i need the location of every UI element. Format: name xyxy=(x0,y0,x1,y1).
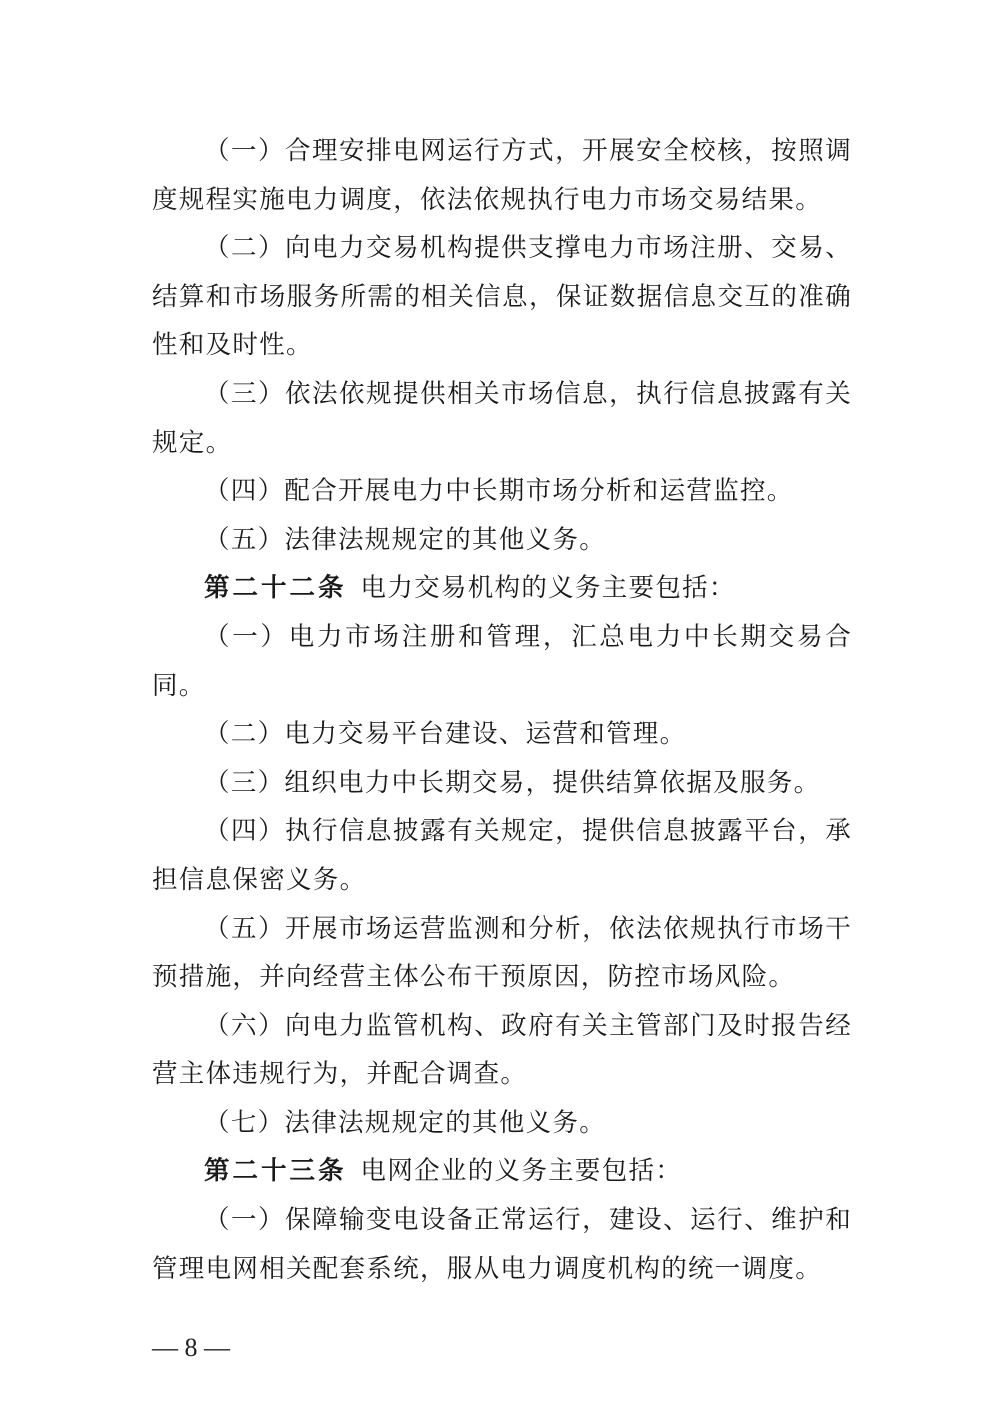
article-22: 第二十二条电力交易机构的义务主要包括： xyxy=(152,564,852,613)
article-23: 第二十三条电网企业的义务主要包括： xyxy=(152,1147,852,1196)
paragraph-item: （三）依法依规提供相关市场信息，执行信息披露有关规定。 xyxy=(152,370,852,467)
paragraph-item: （一）电力市场注册和管理，汇总电力中长期交易合同。 xyxy=(152,613,852,710)
paragraph-item: （二）电力交易平台建设、运营和管理。 xyxy=(152,710,852,759)
paragraph-item: （七）法律法规规定的其他义务。 xyxy=(152,1099,852,1148)
paragraph-item: （二）向电力交易机构提供支撑电力市场注册、交易、结算和市场服务所需的相关信息，保… xyxy=(152,224,852,370)
article-text: 电网企业的义务主要包括： xyxy=(361,1156,683,1186)
paragraph-item: （六）向电力监管机构、政府有关主管部门及时报告经营主体违规行为，并配合调查。 xyxy=(152,1002,852,1099)
paragraph-item: （三）组织电力中长期交易，提供结算依据及服务。 xyxy=(152,759,852,808)
paragraph-item: （五）开展市场运营监测和分析，依法依规执行市场干预措施，并向经营主体公布干预原因… xyxy=(152,905,852,1002)
paragraph-item: （四）配合开展电力中长期市场分析和运营监控。 xyxy=(152,467,852,516)
article-title: 第二十二条 xyxy=(204,573,347,603)
paragraph-item: （一）保障输变电设备正常运行，建设、运行、维护和管理电网相关配套系统，服从电力调… xyxy=(152,1196,852,1293)
paragraph-item: （一）合理安排电网运行方式，开展安全校核，按照调度规程实施电力调度，依法依规执行… xyxy=(152,127,852,224)
document-body: （一）合理安排电网运行方式，开展安全校核，按照调度规程实施电力调度，依法依规执行… xyxy=(152,127,852,1293)
paragraph-item: （五）法律法规规定的其他义务。 xyxy=(152,516,852,565)
paragraph-item: （四）执行信息披露有关规定，提供信息披露平台，承担信息保密义务。 xyxy=(152,807,852,904)
document-page: （一）合理安排电网运行方式，开展安全校核，按照调度规程实施电力调度，依法依规执行… xyxy=(0,0,1000,1414)
article-title: 第二十三条 xyxy=(204,1156,347,1186)
page-number: — 8 — xyxy=(152,1333,230,1363)
article-text: 电力交易机构的义务主要包括： xyxy=(361,573,736,603)
